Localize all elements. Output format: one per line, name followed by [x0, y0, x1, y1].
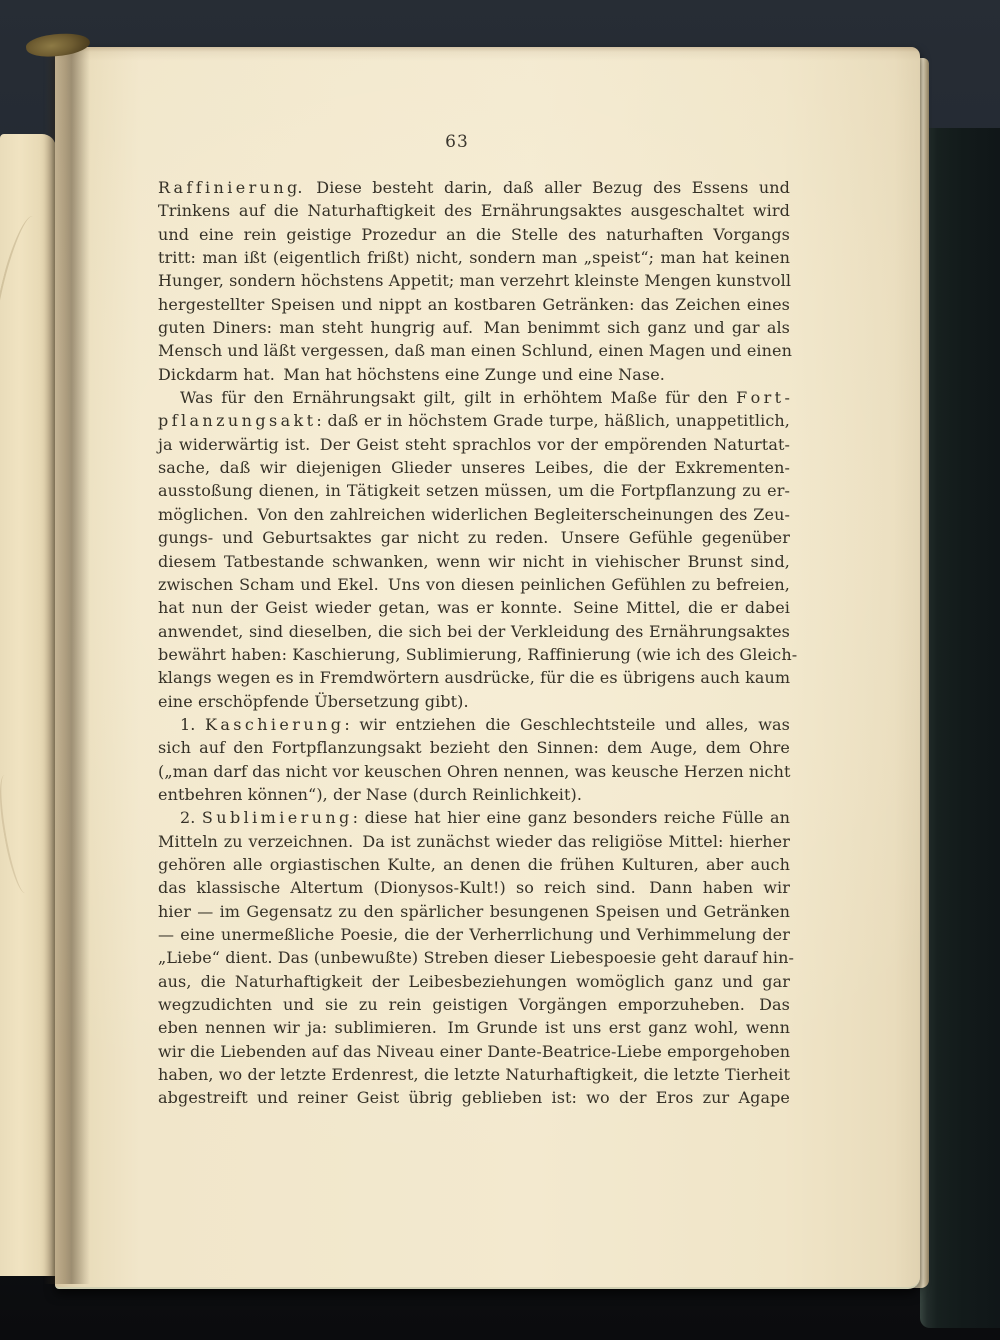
text-line: tritt: man ißt (eigentlich frißt) nicht,…: [158, 246, 790, 269]
paper-crease: [0, 773, 36, 895]
text-line: sache, daß wir diejenigen Glieder unsere…: [158, 456, 790, 479]
text-line: hier — im Gegensatz zu den spärlicher be…: [158, 900, 790, 923]
text-line: entbehren können“), der Nase (durch Rein…: [158, 783, 790, 806]
text-line: Dickdarm hat. Man hat höchstens eine Zun…: [158, 363, 790, 386]
text-line: das klassische Altertum (Dionysos-Kult!)…: [158, 876, 790, 899]
text-line: wegzudichten und sie zu rein geistigen V…: [158, 993, 790, 1016]
text-line: („man darf das nicht vor keuschen Ohren …: [158, 760, 790, 783]
text-line: möglichen. Von den zahlreichen widerlich…: [158, 503, 790, 526]
text-line: R a f f i n i e r u n g. Diese besteht d…: [158, 176, 790, 199]
text-line: Hunger, sondern höchstens Appetit; man v…: [158, 269, 790, 292]
text-block: R a f f i n i e r u n g. Diese besteht d…: [158, 176, 790, 1110]
text-line: bewährt haben: Kaschierung, Sublimierung…: [158, 643, 790, 666]
text-line: Mensch und läßt vergessen, daß man einen…: [158, 339, 790, 362]
text-line: gehören alle orgiastischen Kulte, an den…: [158, 853, 790, 876]
text-line: und eine rein geistige Prozedur an die S…: [158, 223, 790, 246]
text-line: — eine unermeßliche Poesie, die der Verh…: [158, 923, 790, 946]
text-line: zwischen Scham und Ekel. Uns von diesen …: [158, 573, 790, 596]
page-number: 63: [427, 132, 487, 152]
text-line: aus, die Naturhaftigkeit der Leibesbezie…: [158, 970, 790, 993]
text-line: hat nun der Geist wieder getan, was er k…: [158, 596, 790, 619]
text-line: diesem Tatbestande schwanken, wenn wir n…: [158, 550, 790, 573]
text-line: hergestellter Speisen und nippt an kostb…: [158, 293, 790, 316]
text-line: eben nennen wir ja: sublimieren. Im Grun…: [158, 1016, 790, 1039]
text-line: ja widerwärtig ist. Der Geist steht spra…: [158, 433, 790, 456]
book-photo: 63 R a f f i n i e r u n g. Diese besteh…: [0, 0, 1000, 1340]
text-line: 1. K a s c h i e r u n g : wir entziehen…: [158, 713, 790, 736]
facing-page-edge: [0, 134, 56, 1276]
text-line: gungs- und Geburtsaktes gar nicht zu red…: [158, 526, 790, 549]
text-line: sich auf den Fortpflanzungsakt bezieht d…: [158, 736, 790, 759]
text-line: Mitteln zu verzeichnen. Da ist zunächst …: [158, 830, 790, 853]
text-line: anwendet, sind dieselben, die sich bei d…: [158, 620, 790, 643]
text-line: 2. S u b l i m i e r u n g : diese hat h…: [158, 806, 790, 829]
book-cover-edge: [920, 128, 1000, 1328]
text-line: wir die Liebenden auf das Niveau einer D…: [158, 1040, 790, 1063]
text-line: p f l a n z u n g s a k t : daß er in hö…: [158, 409, 790, 432]
text-line: haben, wo der letzte Erdenrest, die letz…: [158, 1063, 790, 1086]
paper-crease: [0, 213, 47, 356]
text-line: Trinkens auf die Naturhaftigkeit des Ern…: [158, 199, 790, 222]
book-page: 63 R a f f i n i e r u n g. Diese besteh…: [55, 47, 920, 1289]
text-line: ausstoßung dienen, in Tätigkeit setzen m…: [158, 479, 790, 502]
text-line: Was für den Ernährungsakt gilt, gilt in …: [158, 386, 790, 409]
text-line: guten Diners: man steht hungrig auf. Man…: [158, 316, 790, 339]
text-line: „Liebe“ dient. Das (unbewußte) Streben d…: [158, 946, 790, 969]
text-line: klangs wegen es in Fremdwörtern ausdrück…: [158, 666, 790, 689]
text-line: eine erschöpfende Übersetzung gibt).: [158, 690, 790, 713]
text-line: abgestreift und reiner Geist übrig gebli…: [158, 1086, 790, 1109]
